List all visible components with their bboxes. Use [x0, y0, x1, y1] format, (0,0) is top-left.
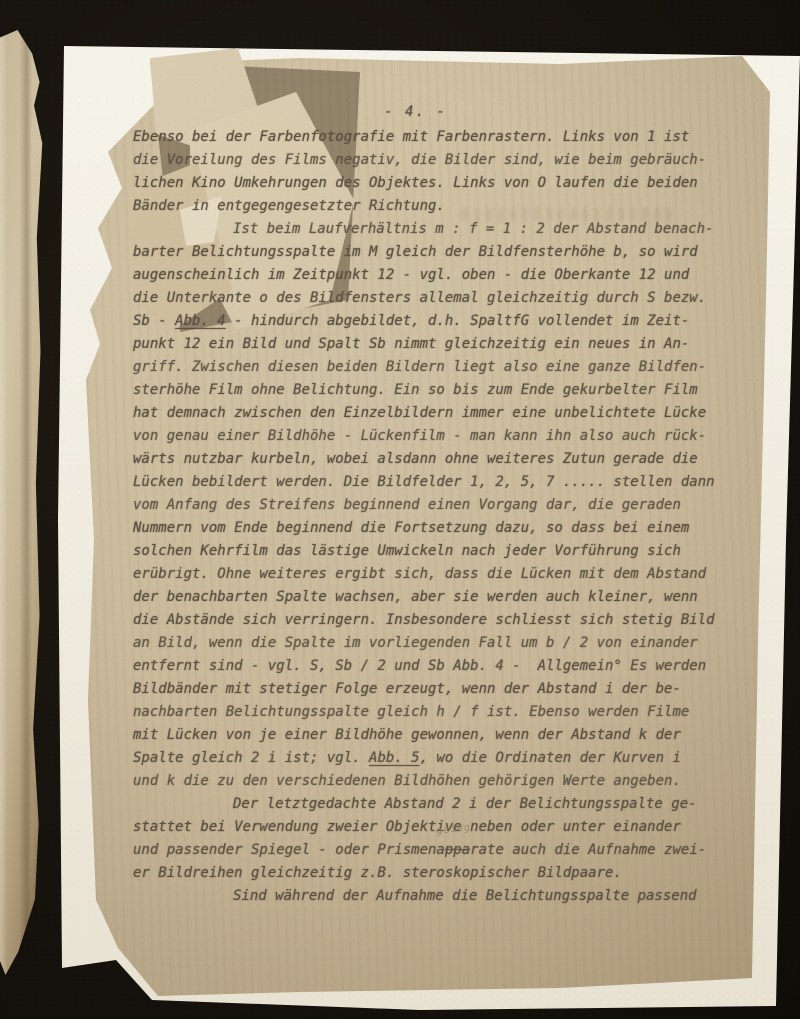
photo-background: { "scene": { "background_color": "#16120…: [0, 0, 800, 1019]
typed-line: augenscheinlich im Zeitpunkt 12 - vgl. o…: [133, 264, 733, 287]
typed-line: Ebenso bei der Farbenfotografie mit Farb…: [133, 126, 733, 149]
typed-text-block: - 4. - Ebenso bei der Farbenfotografie m…: [133, 98, 733, 908]
typed-line: Nummern vom Ende beginnend die Fortsetzu…: [133, 517, 733, 540]
typed-line: die Unterkante o des Bildfensters allema…: [133, 287, 733, 310]
typed-line: Lücken bebildert werden. Die Bildfelder …: [133, 471, 733, 494]
typed-line: der benachbarten Spalte wachsen, aber si…: [133, 586, 733, 609]
typed-line: sterhöhe Film ohne Belichtung. Ein so bi…: [133, 379, 733, 402]
typed-line: mit Lücken von je einer Bildhöhe gewonne…: [133, 724, 733, 747]
typed-line: lichen Kino Umkehrungen des Objektes. Li…: [133, 172, 733, 195]
typed-line: hat demnach zwischen den Einzelbildern i…: [133, 402, 733, 425]
typed-line: punkt 12 ein Bild und Spalt Sb nimmt gle…: [133, 333, 733, 356]
typed-line: erübrigt. Ohne weiteres ergibt sich, das…: [133, 563, 733, 586]
typed-line: von genau einer Bildhöhe - Lückenfilm - …: [133, 425, 733, 448]
typed-line: solchen Kehrfilm das lästige Umwickeln n…: [133, 540, 733, 563]
typed-line: griff. Zwischen diesen beiden Bildern li…: [133, 356, 733, 379]
typed-line: Spalte gleich 2 i ist; vgl. Abb. 5, wo d…: [133, 747, 733, 770]
typed-line: vom Anfang des Streifens beginnend einen…: [133, 494, 733, 517]
typed-line: Der letztgedachte Abstand 2 i der Belich…: [133, 793, 733, 816]
adjacent-page-torn-edge: [0, 30, 46, 975]
typed-line: die Abstände sich verringern. Insbesonde…: [133, 609, 733, 632]
typed-line: Bildbänder mit stetiger Folge erzeugt, w…: [133, 678, 733, 701]
typed-line: er Bildreihen gleichzeitig z.B. sterosko…: [133, 862, 733, 885]
typed-line: entfernt sind - vgl. S, Sb / 2 und Sb Ab…: [133, 655, 733, 678]
typed-line: und k die zu den verschiedenen Bildhöhen…: [133, 770, 733, 793]
typed-line: Ist beim Laufverhältnis m : f = 1 : 2 de…: [133, 218, 733, 241]
typed-line: Bänder in entgegengesetzter Richtung.: [133, 195, 733, 218]
typed-line: stattet bei Verwendung zweier Objektive …: [133, 816, 733, 839]
typed-line: wärts nutzbar kurbeln, wobei alsdann ohn…: [133, 448, 733, 471]
typed-line: an Bild, wenn die Spalte im vorliegenden…: [133, 632, 733, 655]
typed-line: nachbarten Belichtungsspalte gleich h / …: [133, 701, 733, 724]
typed-line: Sind während der Aufnahme die Belichtung…: [133, 885, 733, 908]
page-number: - 4. -: [133, 98, 698, 126]
typed-line: barter Belichtungsspalte im M gleich der…: [133, 241, 733, 264]
typed-line: und passender Spiegel - oder Prismenappa…: [133, 839, 733, 862]
typed-line: Sb - Abb. 4 - hindurch abgebildet, d.h. …: [133, 310, 733, 333]
typed-line: die Voreilung des Films negativ, die Bil…: [133, 149, 733, 172]
